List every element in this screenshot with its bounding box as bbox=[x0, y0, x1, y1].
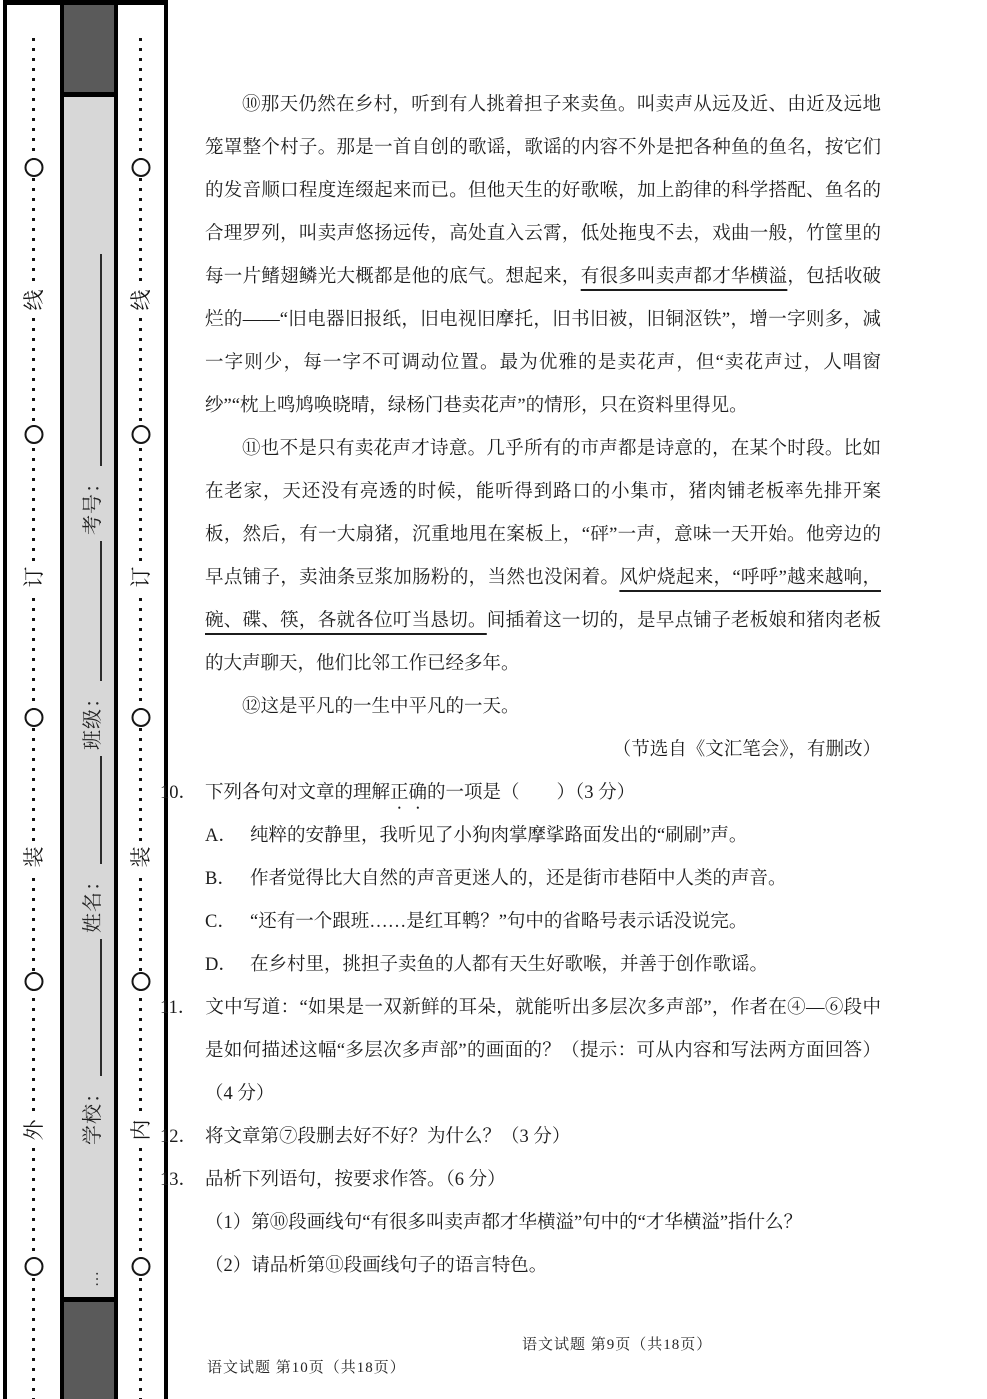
examno-field-blank bbox=[98, 254, 102, 466]
seal-block-top bbox=[64, 5, 114, 97]
binding-circle bbox=[132, 1257, 151, 1276]
binding-char-nei: 内 bbox=[127, 1116, 155, 1144]
binding-char-zhuang: 装 bbox=[20, 843, 48, 871]
question-10-option-c: C．“还有一个跟班……是红耳鹎？”句中的省略号表示话没说完。 bbox=[205, 901, 881, 944]
binding-circle bbox=[24, 158, 43, 177]
name-field-label: 姓名： bbox=[76, 870, 105, 933]
option-a-label: A． bbox=[205, 815, 250, 858]
inner-binding-column: 线 订 装 内 bbox=[118, 5, 164, 1399]
class-field-label: 班级： bbox=[76, 687, 105, 750]
fields-ellipsis: … bbox=[85, 1271, 103, 1287]
option-b-label: B． bbox=[205, 858, 250, 901]
binding-char-zhuang: 装 bbox=[127, 843, 155, 871]
paragraph-12: ⑫这是平凡的一生中平凡的一天。 bbox=[205, 686, 881, 729]
school-field-label: 学校： bbox=[76, 1082, 105, 1145]
question-11-text: 文中写道：“如果是一双新鲜的耳朵，就能听出多层次多声部”，作者在④—⑥段中是如何… bbox=[205, 998, 881, 1104]
question-12-number: 12． bbox=[160, 1116, 205, 1159]
question-13-number: 13． bbox=[160, 1159, 205, 1202]
binding-circle bbox=[24, 972, 43, 991]
option-c-text: “还有一个跟班……是红耳鹎？”句中的省略号表示话没说完。 bbox=[250, 912, 747, 932]
question-11: 11．文中写道：“如果是一双新鲜的耳朵，就能听出多层次多声部”，作者在④—⑥段中… bbox=[205, 987, 881, 1116]
question-12-text: 将文章第⑦段删去好不好？为什么？（3 分） bbox=[205, 1127, 570, 1147]
question-13: 13．品析下列语句，按要求作答。（6 分） bbox=[205, 1159, 881, 1202]
option-d-label: D． bbox=[205, 944, 250, 987]
binding-char-xian: 线 bbox=[20, 286, 48, 314]
binding-char-wai: 外 bbox=[20, 1116, 48, 1144]
binding-circle bbox=[24, 425, 43, 444]
binding-circle bbox=[132, 708, 151, 727]
paragraph-11: ⑪也不是只有卖花声才诗意。几乎所有的市声都是诗意的，在某个时段。比如在老家，天还… bbox=[205, 428, 881, 686]
binding-char-ding: 订 bbox=[20, 563, 48, 591]
binding-circle bbox=[132, 158, 151, 177]
question-10-text: 下列各句对文章的理解正确的一项是（ ）（3 分） bbox=[205, 783, 635, 803]
student-info-strip: … 学校： 姓名： 班级： 考号： bbox=[64, 5, 114, 1399]
binding-char-ding: 订 bbox=[127, 563, 155, 591]
question-10: 10．下列各句对文章的理解正确的一项是（ ）（3 分） bbox=[205, 772, 881, 815]
student-info-fields: … 学校： 姓名： 班级： 考号： bbox=[64, 97, 114, 1297]
page-footer-page9: 语文试题 第9页（共18页） bbox=[522, 1333, 712, 1354]
page-footer-page10: 语文试题 第10页（共18页） bbox=[207, 1356, 406, 1377]
question-11-number: 11． bbox=[160, 987, 205, 1030]
class-field-blank bbox=[98, 541, 102, 681]
binding-circle bbox=[132, 425, 151, 444]
question-10-option-b: B．作者觉得比大自然的声音更迷人的，还是街市巷陌中人类的声音。 bbox=[205, 858, 881, 901]
question-10-option-a: A．纯粹的安静里，我听见了小狗肉掌摩挲路面发出的“刷刷”声。 bbox=[205, 815, 881, 858]
question-10-number: 10． bbox=[160, 772, 205, 815]
question-12: 12．将文章第⑦段删去好不好？为什么？（3 分） bbox=[205, 1116, 881, 1159]
binding-circle bbox=[132, 972, 151, 991]
name-field-blank bbox=[98, 756, 102, 864]
question-13-text: 品析下列语句，按要求作答。（6 分） bbox=[205, 1170, 506, 1190]
question-10-option-d: D．在乡村里，挑担子卖鱼的人都有天生好歌喉，并善于创作歌谣。 bbox=[205, 944, 881, 987]
binding-circle bbox=[24, 708, 43, 727]
option-d-text: 在乡村里，挑担子卖鱼的人都有天生好歌喉，并善于创作歌谣。 bbox=[250, 955, 768, 975]
option-a-text: 纯粹的安静里，我听见了小狗肉掌摩挲路面发出的“刷刷”声。 bbox=[250, 826, 747, 846]
examno-field-label: 考号： bbox=[76, 472, 105, 535]
school-field-blank bbox=[98, 939, 102, 1076]
document-body: ⑩那天仍然在乡村，听到有人挑着担子来卖鱼。叫卖声从远及近、由近及远地笼罩整个村子… bbox=[205, 84, 881, 1288]
question-13-subitem-2: （2）请品析第⑪段画线句子的语言特色。 bbox=[205, 1245, 881, 1288]
option-b-text: 作者觉得比大自然的声音更迷人的，还是街市巷陌中人类的声音。 bbox=[250, 869, 787, 889]
seal-block-bottom bbox=[64, 1297, 114, 1399]
binding-char-xian: 线 bbox=[127, 286, 155, 314]
outer-binding-column: 线 订 装 外 bbox=[7, 5, 60, 1399]
question-13-subitem-1: （1）第⑩段画线句“有很多叫卖声都才华横溢”句中的“才华横溢”指什么？ bbox=[205, 1202, 881, 1245]
source-attribution: （节选自《文汇笔会》，有删改） bbox=[205, 729, 881, 772]
binding-margin: 线 订 装 外 … 学校： 姓名： 班级： 考号： 线 订 装 bbox=[3, 0, 168, 1399]
option-c-label: C． bbox=[205, 901, 250, 944]
binding-circle bbox=[24, 1257, 43, 1276]
paragraph-10: ⑩那天仍然在乡村，听到有人挑着担子来卖鱼。叫卖声从远及近、由近及远地笼罩整个村子… bbox=[205, 84, 881, 428]
